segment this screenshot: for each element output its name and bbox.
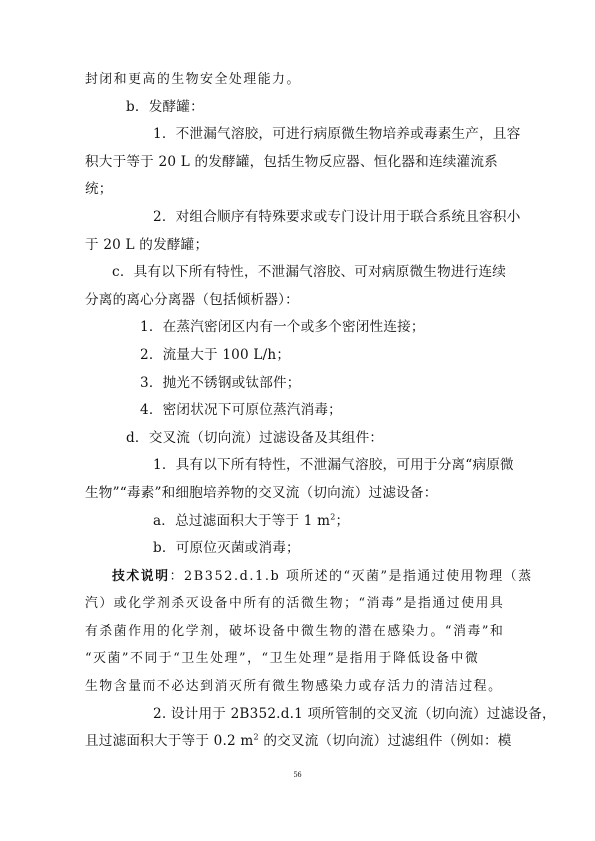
paragraph-line: 分离的离心分离器（包括倾析器）： [85, 287, 512, 315]
paragraph-line: 1．不泄漏气溶胶，可进行病原微生物培养或毒素生产，且容 [85, 121, 512, 149]
tech-note-label: 技术说明 [112, 569, 170, 584]
paragraph-line: 积大于等于 20 L 的发酵罐，包括生物反应器、恒化器和连续灌流系 [85, 149, 512, 177]
paragraph-line: 于 20 L 的发酵罐； [85, 232, 512, 260]
paragraph-line: 生物”“毒素”和细胞培养物的交叉流（切向流）过滤设备： [85, 480, 512, 508]
paragraph-line: 统； [85, 176, 512, 204]
list-item: 2．流量大于 100 L/h； [85, 342, 512, 370]
sub-list-item: b．可原位灭菌或消毒； [85, 535, 512, 563]
list-item: 3．抛光不锈钢或钛部件； [85, 370, 512, 398]
paragraph-line: 封闭和更高的生物安全处理能力。 [85, 66, 512, 94]
sub-list-item: a．总过滤面积大于等于 1 m2； [85, 508, 512, 536]
tech-note-line: 有杀菌作用的化学剂，破坏设备中微生物的潜在感染力。“消毒”和 [85, 618, 512, 646]
text: 且过滤面积大于等于 0.2 m [85, 733, 254, 749]
text: ； [336, 513, 350, 529]
item-c-heading: c．具有以下所有特性，不泄漏气溶胶、可对病原微生物进行连续 [85, 259, 512, 287]
tech-note-line: 生物含量而不必达到消灭所有微生物感染力或存活力的清洁过程。 [85, 673, 512, 701]
list-item: 4．密闭状况下可原位蒸汽消毒； [85, 397, 512, 425]
tech-note-line: 技术说明：2B352.d.1.b 项所述的“灭菌”是指通过使用物理（蒸 [85, 563, 512, 591]
page-number: 56 [0, 770, 595, 779]
item-d-heading: d．交叉流（切向流）过滤设备及其组件： [85, 425, 512, 453]
text: a．总过滤面积大于等于 1 m [153, 513, 330, 529]
paragraph-line: 2．对组合顺序有特殊要求或专门设计用于联合系统且容积小 [85, 204, 512, 232]
paragraph-line: 2. 设计用于 2B352.d.1 项所管制的交叉流（切向流）过滤设备， [85, 701, 512, 729]
tech-note-line: 汽）或化学剂杀灭设备中所有的活微生物；“消毒”是指通过使用具 [85, 590, 512, 618]
item-b-heading: b．发酵罐： [85, 94, 512, 122]
tech-note-line: “灭菌”不同于“卫生处理”，“卫生处理”是指用于降低设备中微 [85, 645, 512, 673]
paragraph-line: 1．具有以下所有特性，不泄漏气溶胶，可用于分离“病原微 [85, 452, 512, 480]
list-item: 1．在蒸汽密闭区内有一个或多个密闭性连接； [85, 314, 512, 342]
text: 的交叉流（切向流）过滤组件（例如：模 [259, 733, 512, 749]
paragraph-line: 且过滤面积大于等于 0.2 m2 的交叉流（切向流）过滤组件（例如：模 [85, 728, 512, 756]
text: ：2B352.d.1.b 项所述的“灭菌”是指通过使用物理（蒸 [170, 569, 533, 584]
document-page: 封闭和更高的生物安全处理能力。 b．发酵罐： 1．不泄漏气溶胶，可进行病原微生物… [85, 66, 512, 756]
